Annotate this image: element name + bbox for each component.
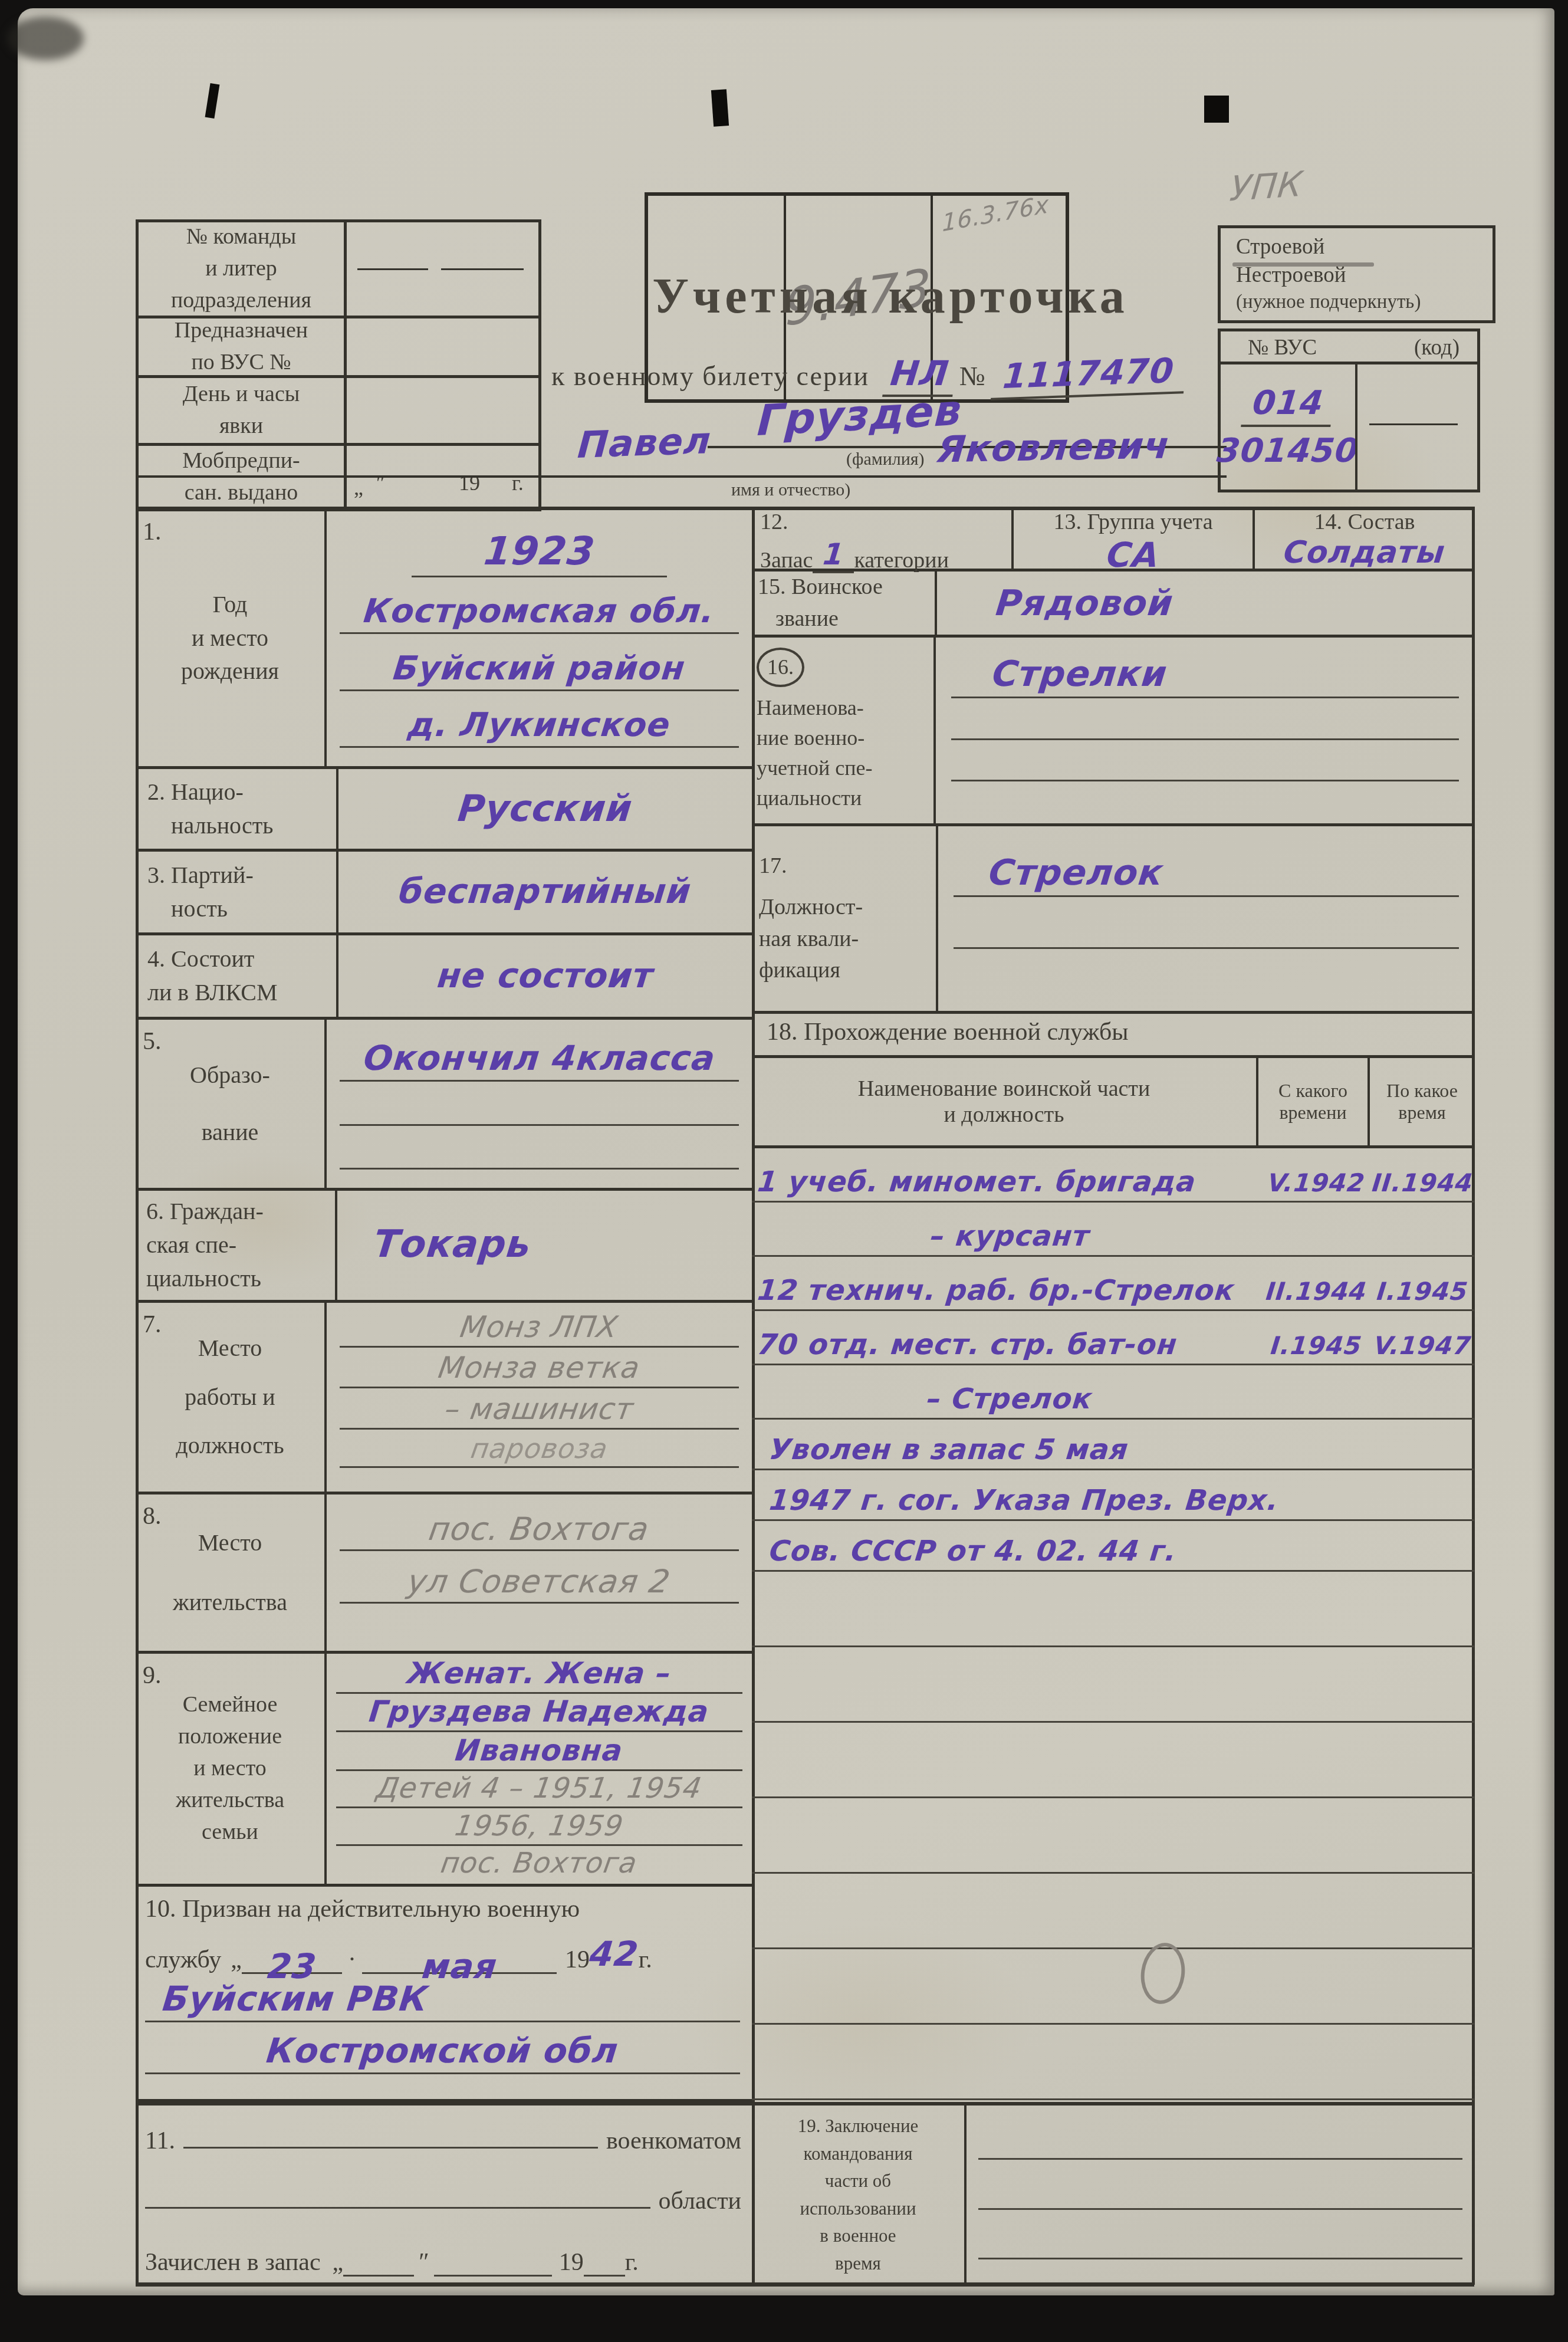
- reserve-category: 1: [821, 537, 846, 571]
- service-from: II.1944: [1264, 1277, 1368, 1306]
- vus-header-right: (код): [1414, 335, 1459, 360]
- workplace-value: Монз ЛПХ: [458, 1310, 621, 1344]
- empty-line: [951, 711, 1459, 740]
- admin-value-empty: [344, 378, 538, 443]
- qualification-line: Стрелок: [954, 852, 1459, 897]
- subtitle-text: к военному билету серии: [551, 360, 869, 392]
- empty-line: [340, 1616, 739, 1635]
- patronymic-value: Яковлевич: [935, 424, 1171, 471]
- service-position: – курсант: [929, 1220, 1092, 1253]
- birth-region: Костромская обл.: [362, 592, 716, 630]
- enlisted-text: Зачислен в запас: [145, 2248, 321, 2277]
- admin-table: № команды и литер подразделения Предназн…: [136, 219, 541, 511]
- section-number: 5.: [143, 1024, 162, 1060]
- col-header-text: и должность: [944, 1102, 1064, 1128]
- service-row: 12 технич. раб. бр.-Стрелок II.1944 I.19…: [752, 1257, 1474, 1311]
- empty-service-row: [752, 1647, 1474, 1723]
- workplace-line: Монза ветка: [340, 1351, 739, 1388]
- admin-row-1: № команды и литер подразделения: [139, 222, 538, 316]
- corner-smudge: [7, 17, 84, 60]
- quote-mark: „: [354, 475, 363, 500]
- family-line: 1956, 1959: [336, 1809, 742, 1846]
- section-3-party: 3. Партий- ность беспартийный: [136, 852, 752, 935]
- drafted-by-rvk: Буйским РВК: [160, 1979, 430, 2019]
- service-row: 70 отд. мест. стр. бат-он I.1945 V.1947: [752, 1311, 1474, 1365]
- birth-year: 1923: [482, 528, 597, 574]
- section-label: ность: [147, 892, 228, 926]
- discharge-text: Сов. СССР от 4. 02. 44 г.: [768, 1535, 1178, 1568]
- residence-line: пос. Вохтога: [340, 1510, 739, 1551]
- admin-label: по ВУС №: [141, 347, 341, 379]
- section-label: и место: [192, 622, 268, 655]
- enlisted-year-suffix: г.: [625, 2248, 639, 2277]
- quote-mark: „: [333, 2248, 344, 2277]
- service-position: – Стрелок: [925, 1382, 1094, 1415]
- admin-label: Предназначен: [141, 315, 341, 347]
- wife-patronymic: Ивановна: [453, 1733, 624, 1768]
- empty-service-row: [752, 1874, 1474, 1949]
- family-line: Ивановна: [336, 1733, 742, 1771]
- discharge-row: 1947 г. сог. Указа През. Верх.: [752, 1470, 1474, 1521]
- section-label: 6. Граждан-: [146, 1195, 264, 1229]
- residence-street: ул Советская 2: [405, 1563, 673, 1600]
- section-label: ли в ВЛКСМ: [147, 976, 277, 1010]
- family-line: пос. Вохтога: [336, 1847, 742, 1881]
- workplace-value: – машинист: [442, 1392, 636, 1426]
- admin-label: Мобпредпи-: [141, 445, 341, 477]
- section-label: части об: [825, 2167, 891, 2195]
- section-label: 19. Заключение: [798, 2113, 919, 2140]
- discharge-row: Уволен в запас 5 мая: [752, 1420, 1474, 1470]
- service-col-to: По какое время: [1368, 1058, 1474, 1145]
- section-label: семьи: [202, 1817, 258, 1848]
- vus-box: № ВУС (код) 014 301450: [1218, 329, 1480, 492]
- section-label: 15. Воинское: [758, 571, 883, 603]
- section-number: 12.: [760, 509, 788, 535]
- section-label: жительства: [176, 1785, 284, 1817]
- children-info: Детей 4 – 1951, 1954: [374, 1772, 705, 1805]
- service-table-header: Наименование воинской части и должность …: [752, 1055, 1474, 1148]
- vus-code-1: 014: [1241, 384, 1335, 427]
- section-label: Место: [198, 1332, 262, 1365]
- col-header-text: С какого: [1278, 1080, 1347, 1102]
- drafted-text: Призван на действительную военную: [182, 1895, 580, 1923]
- service-part: 1 учеб. миномет. бригада: [756, 1165, 1198, 1198]
- section-number: 7.: [143, 1308, 162, 1343]
- admin-label: и литер: [141, 253, 341, 285]
- education-value: Окончил 4класса: [361, 1038, 717, 1078]
- empty-line: [584, 2249, 625, 2277]
- reserve-word: Запас: [760, 547, 813, 573]
- admin-label: явки: [141, 410, 341, 442]
- year-print: 19: [459, 471, 480, 495]
- section-17-qualification: 17. Должност- ная квали- фикация Стрелок: [752, 826, 1474, 1014]
- empty-service-row: [752, 1798, 1474, 1874]
- drafted-month: мая: [420, 1946, 499, 1986]
- section-4-vlksm: 4. Состоит ли в ВЛКСМ не состоит: [136, 935, 752, 1020]
- empty-line: [954, 971, 1459, 985]
- vus-header: № ВУС (код): [1221, 331, 1477, 364]
- section-label: Образо-: [190, 1059, 270, 1092]
- empty-line: [183, 2121, 598, 2149]
- section-5-education: 5. Образо- вание Окончил 4класса: [136, 1020, 752, 1191]
- composition-value: Солдаты: [1282, 535, 1447, 570]
- family-residence: пос. Вохтога: [439, 1847, 640, 1880]
- name-caption: имя и отчество): [731, 480, 850, 500]
- oblast-word: области: [659, 2187, 741, 2215]
- enlisted-year-print: 19: [559, 2248, 584, 2277]
- scanned-military-card: № команды и литер подразделения Предназн…: [0, 0, 1568, 2342]
- section-label: циальность: [146, 1262, 261, 1296]
- section-6-civil-specialty: 6. Граждан- ская спе- циальность Токарь: [136, 1191, 752, 1303]
- service-row: – Стрелок: [752, 1365, 1474, 1420]
- wife-name: Груздева Надежда: [367, 1694, 711, 1729]
- workplace-value: Монза ветка: [436, 1351, 643, 1385]
- section-label: работы и: [185, 1381, 275, 1414]
- section-label: 4. Состоит: [147, 942, 254, 976]
- empty-line: [145, 2181, 650, 2209]
- discharge-text: Уволен в запас 5 мая: [768, 1433, 1130, 1466]
- nationality-value: Русский: [456, 787, 635, 830]
- duty-option-nestroevoy: Нестроевой: [1236, 263, 1346, 287]
- party-line: беспартийный: [351, 871, 739, 913]
- drafted-month-line: мая: [362, 1946, 557, 1974]
- section-label: учетной спе-: [757, 753, 873, 783]
- section-number: 10.: [145, 1895, 176, 1923]
- section-2-nationality: 2. Нацио- нальность Русский: [136, 769, 752, 852]
- workplace-line: Монз ЛПХ: [340, 1310, 739, 1348]
- discharge-row: Сов. СССР от 4. 02. 44 г.: [752, 1521, 1474, 1572]
- empty-service-row: [752, 1949, 1474, 2025]
- rank-value: Рядовой: [994, 583, 1175, 624]
- section-number: 11.: [145, 2127, 175, 2155]
- birth-village: д. Лукинское: [406, 706, 672, 744]
- first-name-value: Павел: [576, 419, 712, 467]
- residence-line: ул Советская 2: [340, 1563, 739, 1604]
- service-part: 70 отд. мест. стр. бат-он: [756, 1328, 1179, 1361]
- admin-value-empty: [344, 222, 538, 316]
- section-label: Должност-: [759, 892, 863, 924]
- drafted-year-hand: 42: [587, 1934, 640, 1974]
- empty-line: [978, 2230, 1462, 2259]
- section-label: должность: [176, 1429, 284, 1463]
- section-label: ная квали-: [759, 924, 859, 955]
- section-label: 3. Партий-: [147, 859, 254, 892]
- pencil-underline: [1232, 262, 1374, 267]
- workplace-line: паровоза: [340, 1433, 739, 1468]
- service-part: 12 технич. раб. бр.-Стрелок: [756, 1274, 1236, 1307]
- section-label: звание: [758, 603, 839, 635]
- section-1-birth: 1. Год и место рождения 1923 Костромская…: [136, 510, 752, 769]
- children-years: 1956, 1959: [453, 1809, 626, 1842]
- duty-category-box: Строевой Нестроевой (нужное подчеркнуть): [1218, 225, 1495, 323]
- service-from: I.1945: [1270, 1331, 1364, 1360]
- drafted-year-print: 19: [565, 1946, 590, 1974]
- composition-label: 14. Состав: [1255, 509, 1474, 535]
- vus-codes: 014 301450: [1221, 364, 1355, 490]
- military-specialty-line: Стрелки: [951, 653, 1459, 698]
- section-8-residence: 8. Место жительства пос. Вохтога ул Сове…: [136, 1494, 752, 1654]
- section-14-composition: 14. Состав Солдаты: [1253, 507, 1474, 569]
- party-value: беспартийный: [397, 871, 693, 911]
- empty-line: [978, 2180, 1462, 2210]
- qualification-value: Стрелок: [987, 852, 1165, 894]
- empty-line: [340, 1140, 739, 1170]
- service-to: I.1945: [1376, 1277, 1470, 1306]
- empty-line: [340, 1096, 739, 1126]
- nationality-line: Русский: [351, 787, 739, 832]
- section-label: Год: [213, 588, 248, 622]
- staple-mark-right: [1204, 96, 1229, 123]
- vus-code-2: 301450: [1215, 432, 1361, 470]
- family-line: Детей 4 – 1951, 1954: [336, 1772, 742, 1808]
- family-line: Женат. Жена –: [336, 1656, 742, 1694]
- service-col-part: Наименование воинской части и должность: [752, 1058, 1256, 1145]
- service-to: V.1947: [1373, 1331, 1473, 1360]
- section-number: 1.: [143, 515, 162, 550]
- discharge-text: 1947 г. сог. Указа През. Верх.: [768, 1484, 1280, 1517]
- residence-settlement: пос. Вохтога: [426, 1510, 652, 1548]
- section-label: использовании: [800, 2195, 916, 2223]
- birth-place-line: Костромская обл.: [340, 592, 739, 634]
- section-18-heading: 18. Прохождение военной службы: [767, 1018, 1129, 1046]
- vus-code-col2: [1355, 364, 1477, 490]
- drafted-word-service: службу: [145, 1946, 221, 1974]
- number-sign: №: [959, 360, 985, 392]
- empty-line: [951, 794, 1459, 807]
- service-row: – курсант: [752, 1203, 1474, 1257]
- drafted-region-line: Костромской обл: [145, 2022, 740, 2074]
- civil-specialty-value: Токарь: [372, 1223, 533, 1266]
- stamp-date-pencil: 16.3.76х: [942, 191, 1049, 238]
- group-label: 13. Группа учета: [1014, 509, 1253, 535]
- section-label: жительства: [173, 1586, 287, 1620]
- name-line: [136, 475, 1227, 478]
- section-11-enlisted: 11. военкоматом области Зачислен в запас…: [136, 2105, 752, 2282]
- ticket-number: 1117470: [991, 350, 1186, 400]
- section-label: положение: [178, 1721, 282, 1753]
- empty-service-row: [752, 1723, 1474, 1798]
- admin-label: подразделения: [141, 285, 341, 317]
- service-from: V.1942: [1267, 1168, 1367, 1197]
- section-10-drafted: 10. Призван на действительную военную сл…: [136, 1887, 752, 2102]
- reserve-category-line: 1: [813, 537, 854, 573]
- row-12-13-14: 12. Запас 1 категории 13. Группа учета С…: [752, 507, 1474, 571]
- col-header-text: времени: [1279, 1102, 1346, 1124]
- family-line: Груздева Надежда: [336, 1694, 742, 1732]
- admin-label: День и часы: [141, 379, 341, 410]
- vus-header-left: № ВУС: [1248, 335, 1317, 360]
- birth-district: Буйский район: [392, 649, 688, 688]
- section-label: командования: [804, 2140, 913, 2168]
- duty-note: (нужное подчеркнуть): [1236, 291, 1421, 313]
- vlksm-line: не состоит: [351, 955, 739, 997]
- drafted-region: Костромской обл: [265, 2031, 620, 2071]
- section-label: Место: [198, 1526, 262, 1560]
- section-number: 8.: [143, 1499, 162, 1535]
- vlksm-value: не состоит: [435, 955, 655, 996]
- education-line: Окончил 4класса: [340, 1038, 739, 1082]
- section-9-family: 9. Семейное положение и место жительства…: [136, 1654, 752, 1887]
- empty-line: [343, 2249, 414, 2277]
- admin-label: сан. выдано: [141, 477, 341, 509]
- group-value: СА: [1104, 535, 1162, 575]
- section-label: нальность: [147, 809, 274, 843]
- empty-service-row: [752, 2025, 1474, 2100]
- section-7-workplace: 7. Место работы и должность Монз ЛПХ Мон…: [136, 1303, 752, 1494]
- empty-service-row: [752, 1572, 1474, 1647]
- section-12-reserve: 12. Запас 1 категории: [752, 507, 1011, 569]
- section-number-circled: 16.: [757, 648, 804, 687]
- empty-line: [434, 2249, 552, 2277]
- duty-option-stroevoy: Строевой: [1236, 235, 1324, 259]
- service-to: II.1944: [1370, 1168, 1474, 1197]
- staple-mark-center: [711, 89, 729, 127]
- col-header-text: время: [1398, 1102, 1445, 1124]
- section-label: Семейное: [183, 1689, 278, 1721]
- empty-line: [954, 919, 1459, 949]
- section-label: в военное: [820, 2222, 896, 2250]
- section-label: время: [835, 2250, 881, 2278]
- year-suffix: г.: [512, 471, 524, 495]
- admin-value-empty: [344, 318, 538, 375]
- admin-label: № команды: [141, 221, 341, 253]
- workplace-value-scribble: паровоза: [468, 1433, 610, 1464]
- section-label: фикация: [759, 955, 840, 987]
- workplace-line: – машинист: [340, 1392, 739, 1430]
- surname-value: Груздев: [756, 385, 964, 445]
- civil-specialty-line: Токарь: [350, 1223, 739, 1268]
- staple-mark-left: [205, 83, 220, 119]
- section-label: 2. Нацио-: [147, 776, 244, 809]
- family-status: Женат. Жена –: [406, 1656, 673, 1690]
- empty-line: [978, 2130, 1462, 2160]
- service-col-from: С какого времени: [1256, 1058, 1368, 1145]
- service-row: 1 учеб. миномет. бригада V.1942 II.1944: [752, 1148, 1474, 1203]
- card-paper: № команды и литер подразделения Предназн…: [18, 8, 1554, 2295]
- page-title: Учетная карточка: [596, 268, 1185, 325]
- col-header-text: Наименование воинской части: [858, 1076, 1150, 1102]
- birth-place-line: Буйский район: [340, 649, 739, 691]
- section-label: рождения: [181, 655, 279, 688]
- quote-mark: „: [231, 1946, 242, 1974]
- section-16-military-specialty: 16. Наименова- ние военно- учетной спе- …: [752, 638, 1474, 826]
- voenkomat-word: военкоматом: [606, 2127, 741, 2155]
- admin-row-3: День и часы явки: [139, 375, 538, 443]
- admin-row-2: Предназначен по ВУС №: [139, 316, 538, 375]
- section-label: Наименова-: [757, 693, 864, 723]
- section-number: 17.: [759, 850, 787, 882]
- section-label: ние военно-: [757, 723, 864, 753]
- section-19-conclusion: 19. Заключение командования части об исп…: [752, 2105, 1474, 2285]
- birth-place-line: д. Лукинское: [340, 706, 739, 748]
- section-label: ская спе-: [146, 1229, 236, 1262]
- birth-year-line: 1923: [412, 528, 667, 577]
- surname-caption: (фамилия): [846, 449, 925, 469]
- section-label: вание: [202, 1116, 259, 1149]
- category-word: категории: [854, 547, 949, 573]
- military-specialty-value: Стрелки: [990, 653, 1169, 695]
- col-header-text: По какое: [1386, 1080, 1458, 1102]
- empty-line: [340, 1471, 739, 1485]
- section-label: и место: [193, 1753, 267, 1785]
- section-13-group: 13. Группа учета СА: [1011, 507, 1253, 569]
- empty-line: [951, 752, 1459, 781]
- drafted-day-line: 23: [242, 1946, 342, 1974]
- upk-note: УПК: [1228, 163, 1305, 209]
- section-label: циальности: [757, 783, 862, 813]
- drafted-year-suffix: г.: [639, 1946, 652, 1974]
- section-number: 9.: [143, 1658, 162, 1694]
- section-15-rank: 15. Воинское звание Рядовой: [752, 571, 1474, 638]
